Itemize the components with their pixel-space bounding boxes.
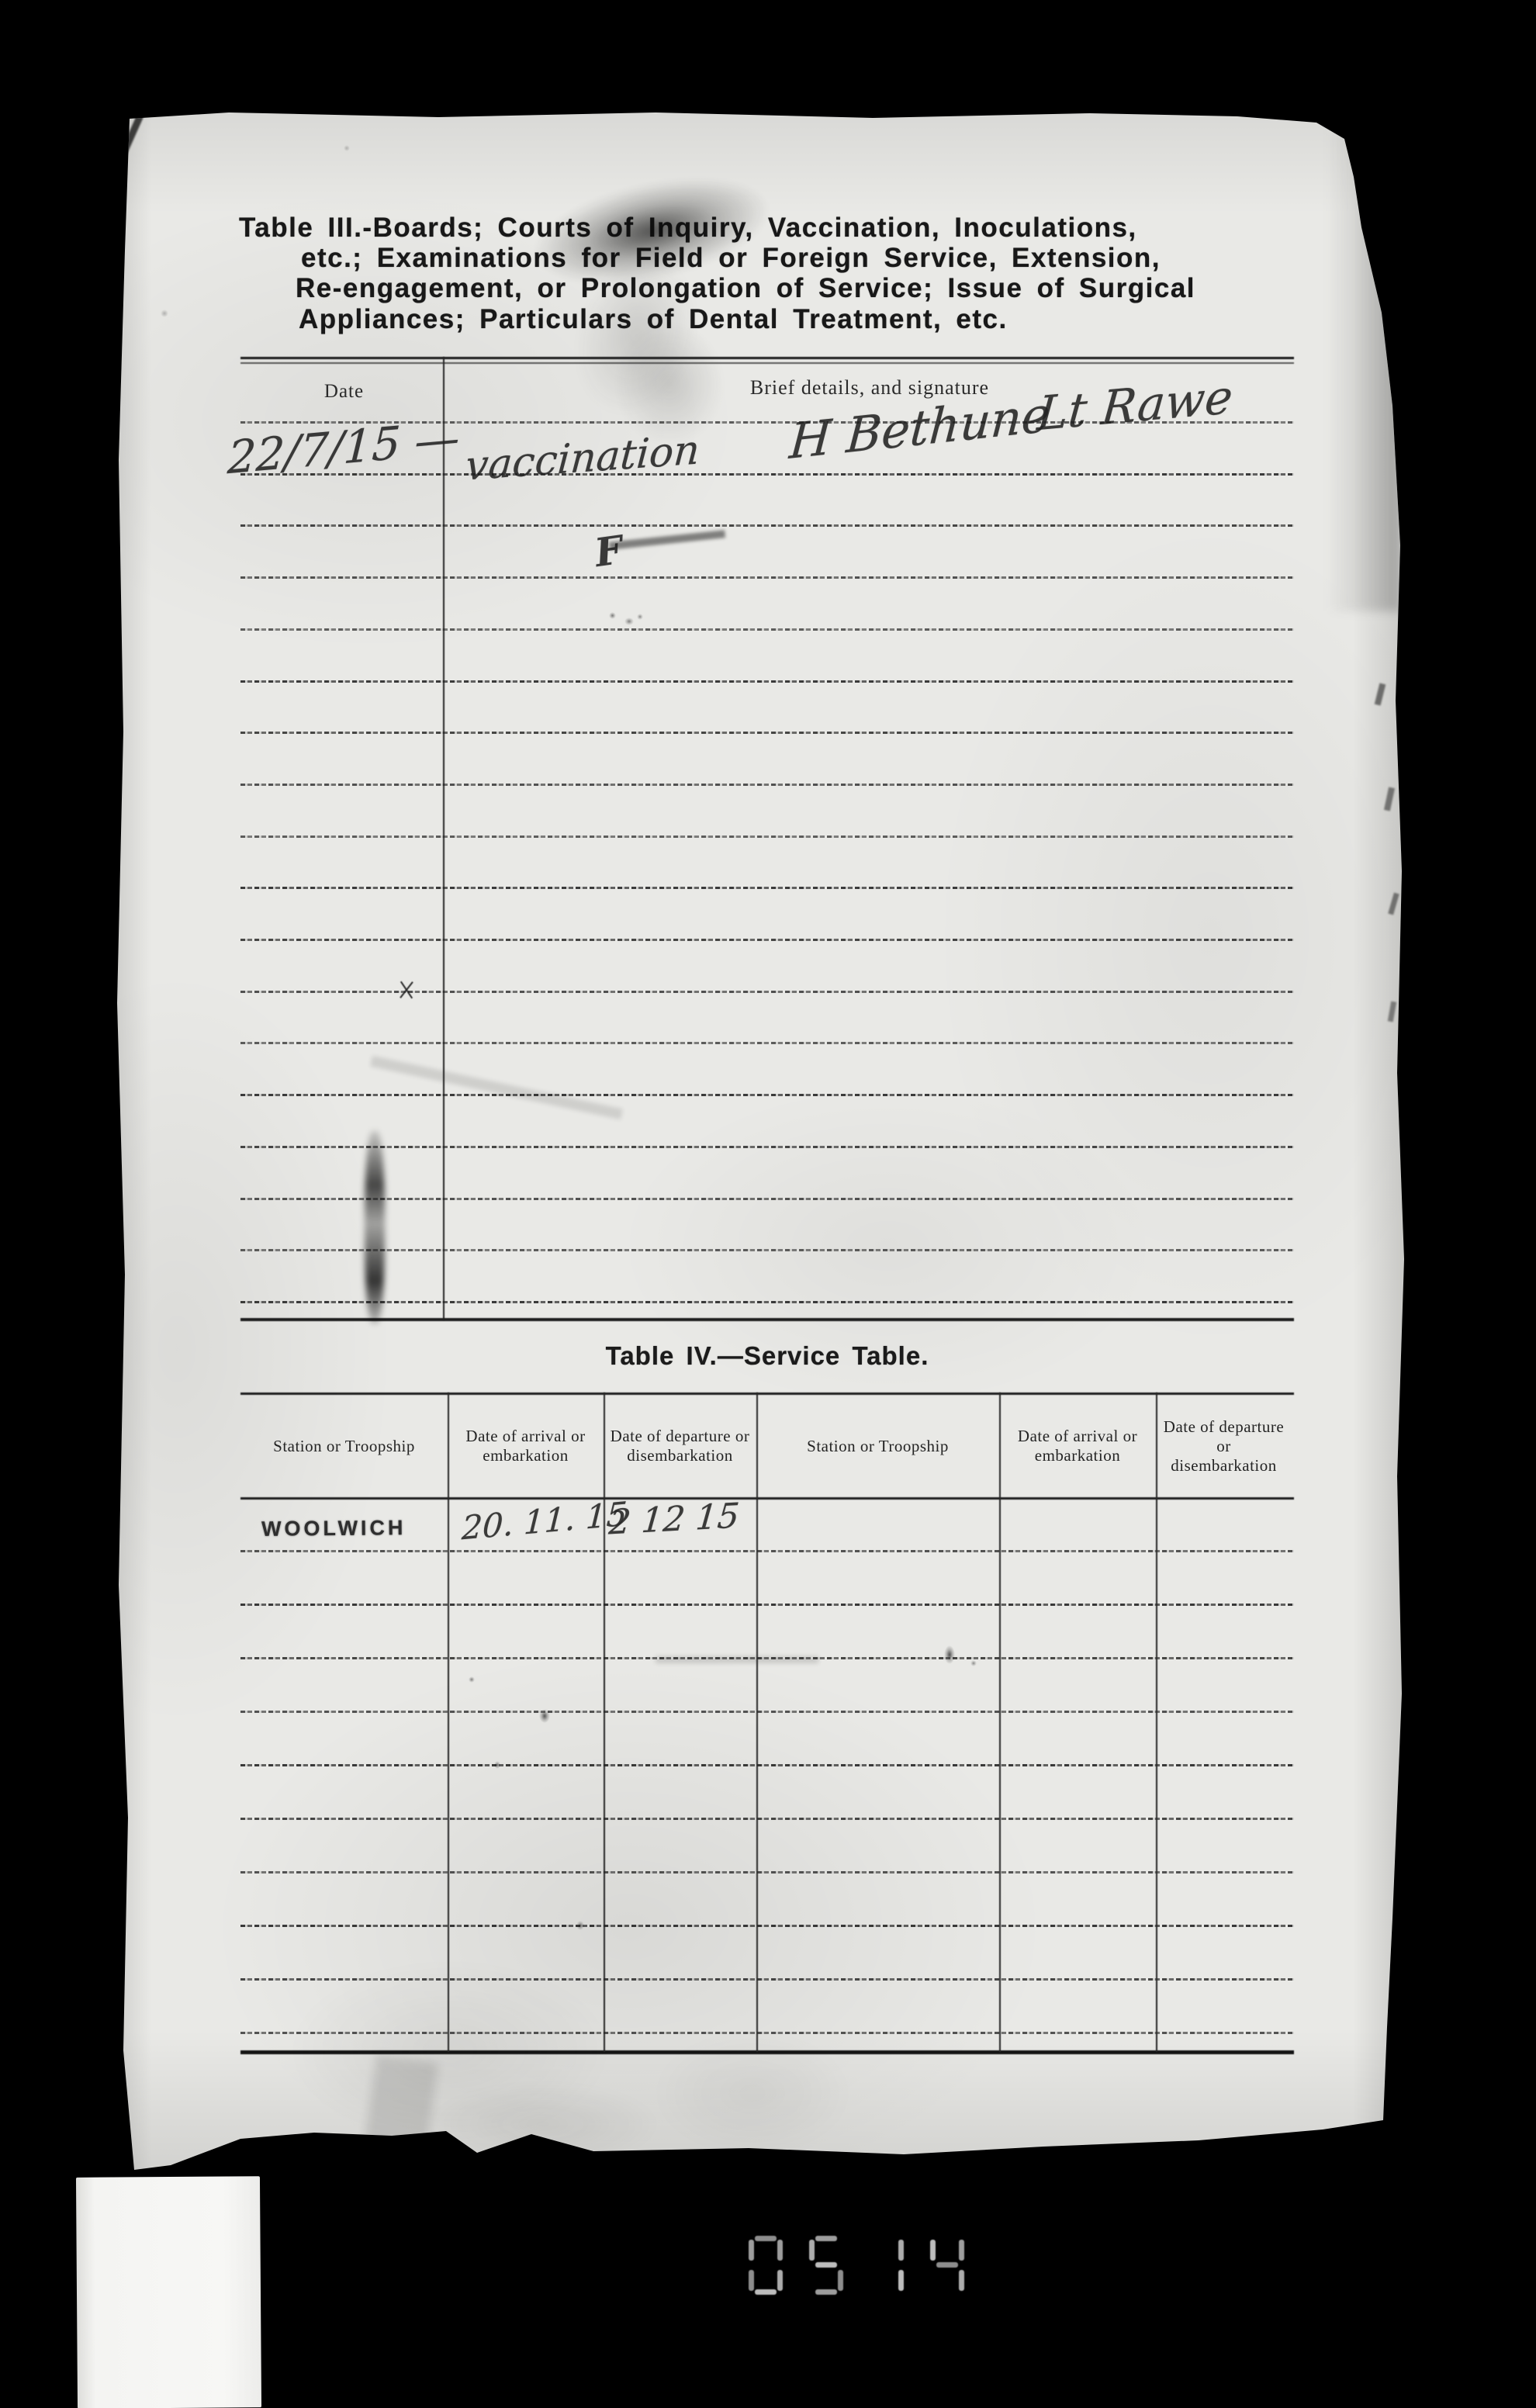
table4-column-divider bbox=[1156, 1393, 1157, 2052]
table3-title-line2: etc.; Examinations for Field or Foreign … bbox=[301, 244, 1161, 273]
counter-digit bbox=[930, 2236, 964, 2295]
ink-dot bbox=[609, 612, 616, 619]
corner-crease bbox=[107, 114, 144, 184]
table4-row-line bbox=[240, 2032, 1294, 2034]
table3-row-line bbox=[240, 628, 1294, 631]
counter-digit bbox=[809, 2236, 843, 2295]
edge-tick bbox=[1384, 787, 1395, 811]
digit-segment bbox=[898, 2270, 904, 2291]
digit-segment bbox=[959, 2240, 964, 2261]
table4-row-line bbox=[240, 1925, 1294, 1927]
ink-dot bbox=[637, 614, 643, 620]
table4-row-line bbox=[240, 1657, 1294, 1659]
torn-edge-shadow bbox=[1327, 130, 1400, 611]
table3-title-line1: Table III.-Boards; Courts of Inquiry, Va… bbox=[239, 213, 1137, 243]
edge-tick bbox=[1388, 1002, 1396, 1022]
table4-header-station-1: Station or Troopship bbox=[240, 1403, 448, 1489]
digit-segment bbox=[749, 2270, 754, 2291]
table4-row-line bbox=[240, 1871, 1294, 1873]
table4-top-rule bbox=[240, 1393, 1294, 1395]
digit-segment bbox=[777, 2240, 783, 2261]
faint-streak bbox=[370, 1056, 623, 1119]
station-stamp: WOOLWICH bbox=[261, 1516, 406, 1541]
table4-header-rule bbox=[240, 1497, 1294, 1500]
paper-stain bbox=[423, 2081, 663, 2167]
table3-row-line bbox=[240, 939, 1294, 941]
table4-header-departure-2: Date of departure or disembarkation bbox=[1156, 1403, 1292, 1489]
edge-tick bbox=[1388, 893, 1399, 915]
microfilm-frame: Table III.-Boards; Courts of Inquiry, Va… bbox=[0, 0, 1536, 2408]
paper-speck bbox=[344, 145, 350, 151]
paper-speck bbox=[161, 310, 168, 317]
edge-tick bbox=[1375, 683, 1386, 705]
digit-segment bbox=[815, 2262, 837, 2268]
table3-row-line bbox=[240, 1249, 1294, 1251]
table4-row-line bbox=[240, 1711, 1294, 1713]
table4-row-line bbox=[240, 1550, 1294, 1552]
table3-column-divider bbox=[443, 357, 445, 1320]
ink-dot bbox=[944, 1645, 955, 1664]
handwritten-stray-mark: F bbox=[592, 527, 625, 576]
digit-segment bbox=[815, 2236, 837, 2241]
table3-top-rule2 bbox=[240, 362, 1294, 364]
table3-row-line bbox=[240, 1198, 1294, 1200]
table3-title-line4: Appliances; Particulars of Dental Treatm… bbox=[299, 305, 1008, 334]
handwritten-details-entry: vaccination bbox=[464, 427, 701, 490]
digit-segment bbox=[898, 2240, 904, 2261]
table4-header-station-2: Station or Troopship bbox=[756, 1403, 999, 1489]
digit-segment bbox=[809, 2240, 815, 2261]
table4-title: Table IV.—Service Table. bbox=[240, 1341, 1294, 1371]
counter-digit bbox=[749, 2236, 783, 2295]
table4-row-line bbox=[240, 1818, 1294, 1820]
table3-row-line bbox=[240, 473, 1294, 476]
table4-bottom-rule bbox=[240, 2050, 1294, 2054]
table4-column-divider bbox=[448, 1393, 449, 2052]
table3-title-line3: Re-engagement, or Prolongation of Servic… bbox=[296, 274, 1195, 303]
digit-segment bbox=[930, 2240, 936, 2261]
table4-header-arrival-2: Date of arrival or embarkation bbox=[999, 1403, 1156, 1489]
table3-row-line bbox=[240, 887, 1294, 889]
table3-bottom-rule bbox=[240, 1318, 1294, 1321]
table3-row-line bbox=[240, 784, 1294, 786]
digit-segment bbox=[755, 2289, 777, 2295]
table3-row-line bbox=[240, 836, 1294, 838]
digit-segment bbox=[959, 2270, 964, 2291]
table3-row-line bbox=[240, 1094, 1294, 1096]
table3-row-line bbox=[240, 732, 1294, 734]
paper-stain bbox=[648, 2027, 857, 2159]
table4-header-arrival-1: Date of arrival or embarkation bbox=[448, 1403, 604, 1489]
document-page: Table III.-Boards; Courts of Inquiry, Va… bbox=[112, 111, 1404, 2174]
digit-segment bbox=[936, 2262, 958, 2268]
ink-dot bbox=[970, 1660, 977, 1666]
frame-counter bbox=[749, 2236, 1005, 2298]
table4-column-divider bbox=[604, 1393, 605, 2052]
digit-segment bbox=[838, 2270, 843, 2291]
table3-row-line bbox=[240, 1301, 1294, 1303]
table3-date-header: Date bbox=[240, 381, 448, 403]
blank-card bbox=[76, 2176, 261, 2408]
ink-dot bbox=[624, 618, 634, 625]
ink-burn-streak bbox=[365, 1131, 385, 1323]
table4-row-line bbox=[240, 1604, 1294, 1606]
table4-column-divider bbox=[756, 1393, 758, 2052]
ink-dot bbox=[469, 1676, 475, 1683]
digit-segment bbox=[815, 2289, 837, 2295]
table4-row-line bbox=[240, 1764, 1294, 1766]
table3-row-line bbox=[240, 524, 1294, 527]
table3-row-line bbox=[240, 576, 1294, 579]
table3-row-line bbox=[240, 1042, 1294, 1044]
table3-row-line bbox=[240, 991, 1294, 993]
table4-header-departure-1: Date of departure or disembarkation bbox=[604, 1403, 756, 1489]
table3-row-line bbox=[240, 421, 1294, 424]
table3-row-line bbox=[240, 680, 1294, 683]
digit-segment bbox=[755, 2236, 777, 2241]
paper-stain-streak bbox=[361, 2054, 438, 2178]
counter-digit bbox=[870, 2236, 904, 2295]
table4-row-line bbox=[240, 1978, 1294, 1981]
digit-segment bbox=[777, 2270, 783, 2291]
digit-segment bbox=[749, 2240, 754, 2261]
ink-streak bbox=[609, 530, 725, 550]
table3-row-line bbox=[240, 1146, 1294, 1148]
handwritten-departure-date: 2 12 15 bbox=[607, 1496, 741, 1542]
table4-column-divider bbox=[999, 1393, 1001, 2052]
table3-top-rule bbox=[240, 357, 1294, 359]
